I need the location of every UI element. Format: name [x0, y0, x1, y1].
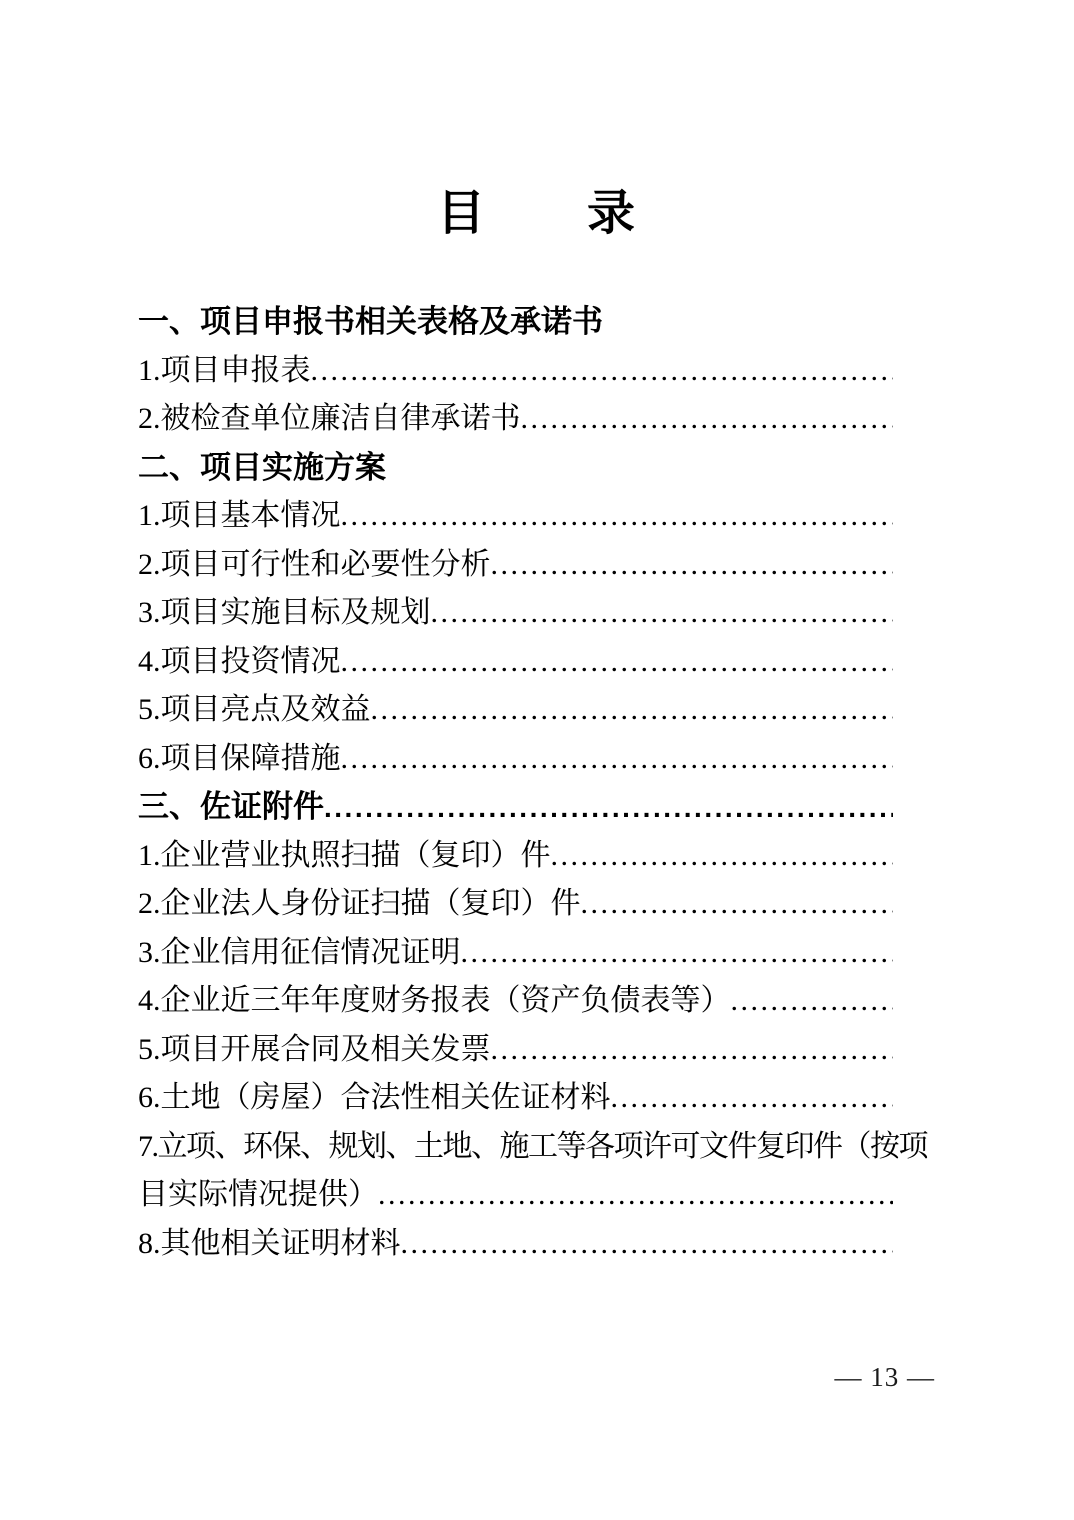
toc-item-text: 3.项目实施目标及规划	[138, 589, 431, 638]
toc-item: 2.被检查单位廉洁自律承诺书	[138, 395, 935, 444]
page-number: — 13 —	[835, 1362, 936, 1393]
toc-item: 6.土地（房屋）合法性相关佐证材料	[138, 1074, 935, 1123]
toc-item-text: 1.项目基本情况	[138, 492, 341, 541]
dot-leader	[731, 977, 894, 1026]
dot-leader	[341, 735, 894, 784]
toc-item: 6.项目保障措施	[138, 735, 935, 784]
toc-section-heading-1: 一、项目申报书相关表格及承诺书	[138, 298, 935, 347]
toc-item: 5.项目开展合同及相关发票	[138, 1026, 935, 1075]
toc-item-text: 7.立项、环保、规划、土地、施工等各项许可文件复印件（按项	[138, 1123, 927, 1172]
toc-item-text: 1.企业营业执照扫描（复印）件	[138, 832, 551, 881]
dot-leader	[551, 832, 894, 881]
dot-leader	[491, 1026, 894, 1075]
page-title: 目 录	[0, 0, 1074, 246]
toc-item-text: 2.企业法人身份证扫描（复印）件	[138, 880, 581, 929]
toc-item: 5.项目亮点及效益	[138, 686, 935, 735]
toc-item: 4.项目投资情况	[138, 638, 935, 687]
toc-item: 2.企业法人身份证扫描（复印）件	[138, 880, 935, 929]
toc-item: 8.其他相关证明材料	[138, 1220, 935, 1269]
dot-leader	[521, 395, 894, 444]
toc-item-text: 3.企业信用征信情况证明	[138, 929, 461, 978]
dot-leader	[611, 1074, 894, 1123]
dot-leader	[491, 541, 894, 590]
toc-item: 1.项目申报表	[138, 347, 935, 396]
toc-item-text: 6.土地（房屋）合法性相关佐证材料	[138, 1074, 611, 1123]
dot-leader	[341, 638, 894, 687]
toc-item: 2.项目可行性和必要性分析	[138, 541, 935, 590]
toc-item-text: 4.企业近三年年度财务报表（资产负债表等）	[138, 977, 731, 1026]
toc-item-text: 1.项目申报表	[138, 347, 311, 396]
toc-item-line2: 目实际情况提供）	[138, 1171, 935, 1220]
toc-item-text: 8.其他相关证明材料	[138, 1220, 401, 1269]
toc-item-text: 目实际情况提供）	[138, 1171, 378, 1220]
toc-section-heading-text: 一、项目申报书相关表格及承诺书	[138, 298, 603, 347]
toc-item: 3.项目实施目标及规划	[138, 589, 935, 638]
toc-item-text: 2.项目可行性和必要性分析	[138, 541, 491, 590]
toc-section-heading-text: 二、项目实施方案	[138, 444, 386, 493]
document-page: 目 录 一、项目申报书相关表格及承诺书 1.项目申报表 2.被检查单位廉洁自律承…	[0, 0, 1074, 1520]
toc-item-text: 4.项目投资情况	[138, 638, 341, 687]
dot-leader	[431, 589, 894, 638]
dot-leader	[401, 1220, 894, 1269]
dot-leader	[581, 880, 894, 929]
toc-item-text: 6.项目保障措施	[138, 735, 341, 784]
toc-section-heading-3: 三、佐证附件	[138, 783, 935, 832]
toc-item-text: 5.项目亮点及效益	[138, 686, 371, 735]
dot-leader	[461, 929, 894, 978]
toc-item-text: 2.被检查单位廉洁自律承诺书	[138, 395, 521, 444]
dot-leader	[371, 686, 894, 735]
toc-section-heading-2: 二、项目实施方案	[138, 444, 935, 493]
toc-item-text: 5.项目开展合同及相关发票	[138, 1026, 491, 1075]
toc-item: 4.企业近三年年度财务报表（资产负债表等）	[138, 977, 935, 1026]
toc-item: 1.项目基本情况	[138, 492, 935, 541]
dot-leader	[324, 784, 893, 833]
toc-item: 1.企业营业执照扫描（复印）件	[138, 832, 935, 881]
table-of-contents: 一、项目申报书相关表格及承诺书 1.项目申报表 2.被检查单位廉洁自律承诺书 二…	[138, 298, 935, 1268]
dot-leader	[378, 1171, 893, 1220]
dot-leader	[341, 492, 894, 541]
toc-section-heading-text: 三、佐证附件	[138, 783, 324, 832]
dot-leader	[311, 347, 894, 396]
toc-item-line1: 7.立项、环保、规划、土地、施工等各项许可文件复印件（按项	[138, 1123, 935, 1172]
toc-item: 3.企业信用征信情况证明	[138, 929, 935, 978]
